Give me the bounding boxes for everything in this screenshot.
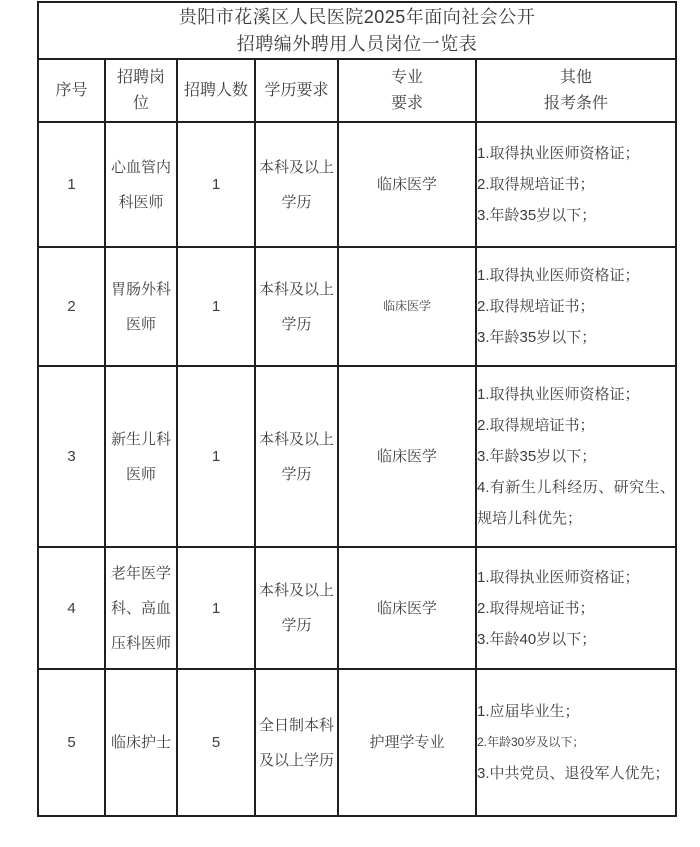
cell-major: 护理学专业 [338, 669, 476, 816]
cell-position: 老年医学 科、高血 压科医师 [105, 547, 177, 669]
cell-major: 临床医学 [338, 547, 476, 669]
cell-no: 5 [38, 669, 105, 816]
cell-conditions: 1.应届毕业生；2.年龄30岁及以下；3.中共党员、退役军人优先； [476, 669, 676, 816]
condition-line: 3.中共党员、退役军人优先； [477, 758, 675, 789]
condition-line: 1.取得执业医师资格证； [477, 138, 675, 169]
column-header-count: 招聘人数 [177, 59, 255, 122]
condition-line: 3.年龄35岁以下； [477, 441, 675, 472]
condition-line: 1.应届毕业生； [477, 696, 675, 727]
cell-position: 胃肠外科 医师 [105, 247, 177, 366]
condition-line: 4.有新生儿科经历、研究生、规培儿科优先； [477, 472, 675, 534]
cell-education: 全日制本科 及以上学历 [255, 669, 338, 816]
cell-conditions: 1.取得执业医师资格证；2.取得规培证书；3.年龄35岁以下；4.有新生儿科经历… [476, 366, 676, 547]
cell-education: 本科及以上 学历 [255, 247, 338, 366]
condition-line: 1.取得执业医师资格证； [477, 379, 675, 410]
cell-no: 3 [38, 366, 105, 547]
table-row: 1 心血管内 科医师 1 本科及以上 学历 临床医学 1.取得执业医师资格证；2… [38, 122, 676, 247]
column-header-position: 招聘岗 位 [105, 59, 177, 122]
column-header-conditions: 其他 报考条件 [476, 59, 676, 122]
column-header-no: 序号 [38, 59, 105, 122]
page-title: 贵阳市花溪区人民医院2025年面向社会公开 招聘编外聘用人员岗位一览表 [38, 2, 676, 59]
condition-line: 2.年龄30岁及以下； [477, 727, 675, 758]
cell-count: 5 [177, 669, 255, 816]
cell-major: 临床医学 [338, 122, 476, 247]
condition-line: 1.取得执业医师资格证； [477, 260, 675, 291]
cell-no: 2 [38, 247, 105, 366]
cell-no: 1 [38, 122, 105, 247]
cell-education: 本科及以上 学历 [255, 122, 338, 247]
cell-major: 临床医学 [338, 366, 476, 547]
condition-line: 2.取得规培证书； [477, 593, 675, 624]
condition-line: 2.取得规培证书； [477, 291, 675, 322]
column-header-education: 学历要求 [255, 59, 338, 122]
table-row: 3 新生儿科 医师 1 本科及以上 学历 临床医学 1.取得执业医师资格证；2.… [38, 366, 676, 547]
cell-count: 1 [177, 547, 255, 669]
cell-count: 1 [177, 247, 255, 366]
condition-line: 2.取得规培证书； [477, 169, 675, 200]
cell-major: 临床医学 [338, 247, 476, 366]
condition-line: 3.年龄35岁以下； [477, 200, 675, 231]
cell-position: 心血管内 科医师 [105, 122, 177, 247]
header-row: 序号 招聘岗 位 招聘人数 学历要求 专业 要求 其他 报考条件 [38, 59, 676, 122]
condition-line: 2.取得规培证书； [477, 410, 675, 441]
column-header-major: 专业 要求 [338, 59, 476, 122]
cell-conditions: 1.取得执业医师资格证；2.取得规培证书；3.年龄40岁以下； [476, 547, 676, 669]
condition-line: 3.年龄35岁以下； [477, 322, 675, 353]
cell-education: 本科及以上 学历 [255, 366, 338, 547]
cell-position: 新生儿科 医师 [105, 366, 177, 547]
cell-conditions: 1.取得执业医师资格证；2.取得规培证书；3.年龄35岁以下； [476, 247, 676, 366]
cell-no: 4 [38, 547, 105, 669]
title-row: 贵阳市花溪区人民医院2025年面向社会公开 招聘编外聘用人员岗位一览表 [38, 2, 676, 59]
cell-position: 临床护士 [105, 669, 177, 816]
cell-count: 1 [177, 122, 255, 247]
condition-line: 1.取得执业医师资格证； [477, 562, 675, 593]
document-sheet: 贵阳市花溪区人民医院2025年面向社会公开 招聘编外聘用人员岗位一览表 序号 招… [0, 1, 700, 847]
table-row: 2 胃肠外科 医师 1 本科及以上 学历 临床医学 1.取得执业医师资格证；2.… [38, 247, 676, 366]
table-row: 4 老年医学 科、高血 压科医师 1 本科及以上 学历 临床医学 1.取得执业医… [38, 547, 676, 669]
recruitment-table: 贵阳市花溪区人民医院2025年面向社会公开 招聘编外聘用人员岗位一览表 序号 招… [37, 1, 677, 817]
condition-line: 3.年龄40岁以下； [477, 624, 675, 655]
cell-education: 本科及以上 学历 [255, 547, 338, 669]
cell-conditions: 1.取得执业医师资格证；2.取得规培证书；3.年龄35岁以下； [476, 122, 676, 247]
cell-count: 1 [177, 366, 255, 547]
table-row: 5 临床护士 5 全日制本科 及以上学历 护理学专业 1.应届毕业生；2.年龄3… [38, 669, 676, 816]
